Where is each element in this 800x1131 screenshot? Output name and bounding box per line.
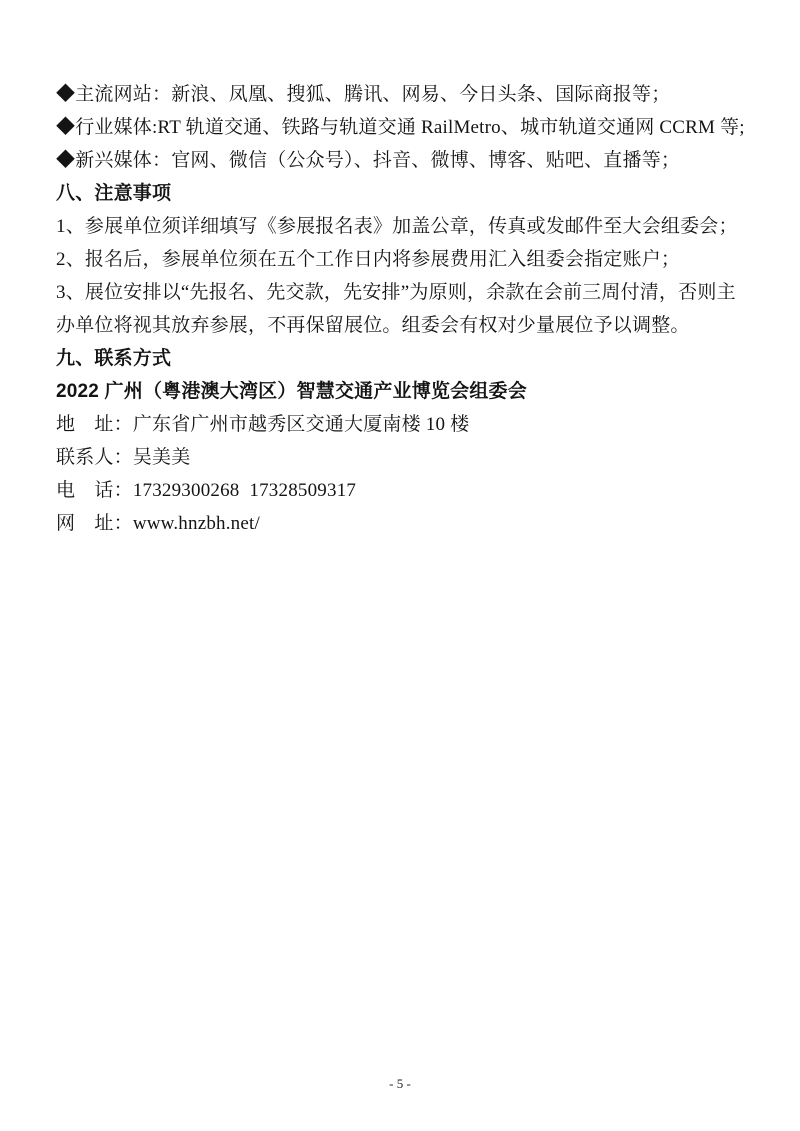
bullet-line-new-media: ◆新兴媒体：官网、微信（公众号）、抖音、微博、博客、贴吧、直播等； [56,144,746,177]
bullet-text: 主流网站：新浪、凤凰、搜狐、腾讯、网易、今日头条、国际商报等； [75,84,670,105]
contact-row-phone: 电 话：17329300268 17328509317 [56,474,746,507]
contact-label: 联系人： [56,447,133,468]
notice-item-2: 2、报名后，参展单位须在五个工作日内将参展费用汇入组委会指定账户； [56,243,746,276]
contact-label: 电 话： [56,480,133,501]
bullet-line-industry-media: ◆行业媒体:RT 轨道交通、铁路与轨道交通 RailMetro、城市轨道交通网 … [56,111,746,144]
contact-label: 网 址： [56,513,133,534]
section-heading-notes: 八、注意事项 [56,177,746,210]
bullet-line-mainstream-sites: ◆主流网站：新浪、凤凰、搜狐、腾讯、网易、今日头条、国际商报等； [56,78,746,111]
page-number: - 5 - [0,1076,800,1092]
bullet-text: 行业媒体:RT 轨道交通、铁路与轨道交通 RailMetro、城市轨道交通网 C… [75,117,745,138]
contact-row-website: 网 址：www.hnzbh.net/ [56,507,746,540]
contact-value: 17329300268 17328509317 [133,480,356,501]
bullet-text: 新兴媒体：官网、微信（公众号）、抖音、微博、博客、贴吧、直播等； [75,150,680,171]
document-content: ◆主流网站：新浪、凤凰、搜狐、腾讯、网易、今日头条、国际商报等； ◆行业媒体:R… [0,0,800,540]
contact-row-person: 联系人：吴美美 [56,441,746,474]
contact-value: 广东省广州市越秀区交通大厦南楼 10 楼 [133,414,470,435]
diamond-bullet-icon: ◆ [56,117,75,138]
contact-value: www.hnzbh.net/ [133,513,260,534]
contact-row-address: 地 址：广东省广州市越秀区交通大厦南楼 10 楼 [56,408,746,441]
document-page: ◆主流网站：新浪、凤凰、搜狐、腾讯、网易、今日头条、国际商报等； ◆行业媒体:R… [0,0,800,1131]
contact-label: 地 址： [56,414,133,435]
section-heading-contact: 九、联系方式 [56,342,746,375]
diamond-bullet-icon: ◆ [56,84,75,105]
contact-value: 吴美美 [133,447,191,468]
diamond-bullet-icon: ◆ [56,150,75,171]
organizer-name: 2022 广州（粤港澳大湾区）智慧交通产业博览会组委会 [56,375,746,408]
notice-item-3: 3、展位安排以“先报名、先交款，先安排”为原则，余款在会前三周付清，否则主办单位… [56,276,746,342]
notice-item-1: 1、参展单位须详细填写《参展报名表》加盖公章，传真或发邮件至大会组委会； [56,210,746,243]
